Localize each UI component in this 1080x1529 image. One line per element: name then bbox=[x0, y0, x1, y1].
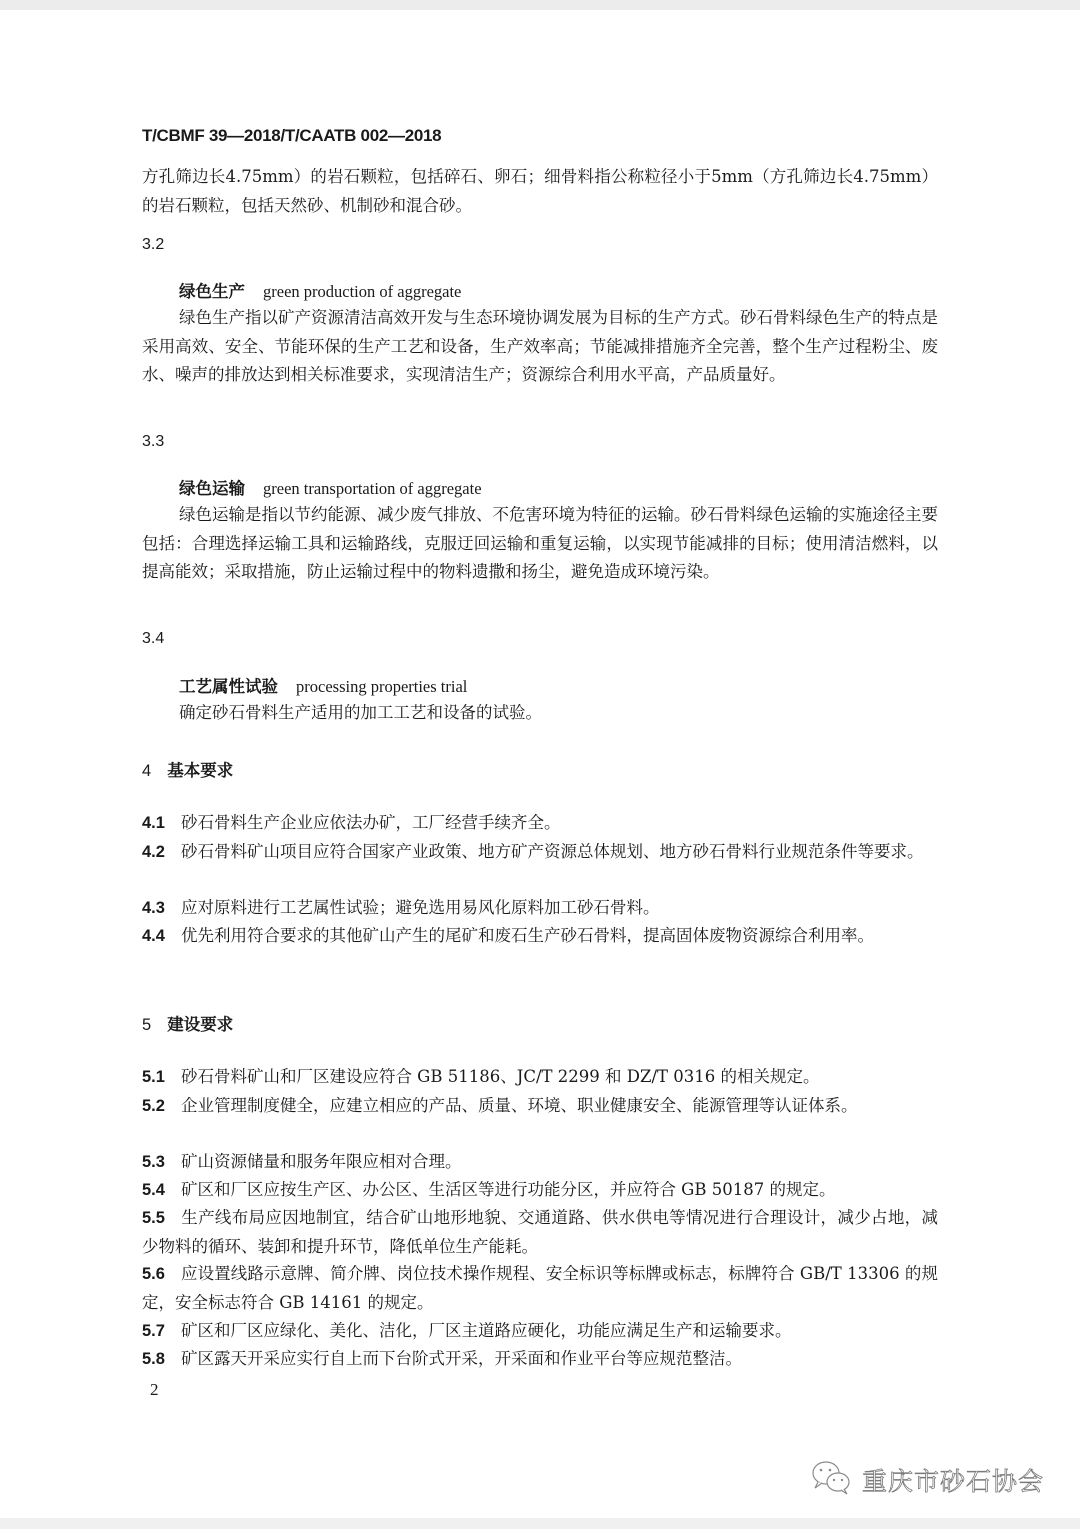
item-text: 矿区和厂区应按生产区、办公区、生活区等进行功能分区，并应符合 GB 50187 … bbox=[181, 1180, 836, 1199]
clause-item: 5.6应设置线路示意牌、简介牌、岗位技术操作规程、安全标识等标牌或标志，标牌符合… bbox=[142, 1260, 938, 1317]
item-text: 优先利用符合要求的其他矿山产生的尾矿和废石生产砂石骨料，提高固体废物资源综合利用… bbox=[181, 926, 874, 945]
clause-item: 5.5生产线布局应因地制宜，结合矿山地形地貌、交通道路、供水供电等情况进行合理设… bbox=[142, 1204, 938, 1261]
section-heading: 5建设要求 bbox=[142, 1011, 233, 1035]
clause-item: 4.4优先利用符合要求的其他矿山产生的尾矿和废石生产砂石骨料，提高固体废物资源综… bbox=[142, 922, 938, 951]
item-number: 4.3 bbox=[142, 899, 165, 917]
item-number: 5.1 bbox=[142, 1068, 165, 1086]
item-number: 4.2 bbox=[142, 843, 165, 861]
item-number: 5.7 bbox=[142, 1322, 165, 1340]
clause-item: 4.2砂石骨料矿山项目应符合国家产业政策、地方矿产资源总体规划、地方砂石骨料行业… bbox=[142, 838, 938, 867]
section-heading: 4基本要求 bbox=[142, 757, 233, 781]
term-zh: 工艺属性试验 bbox=[179, 677, 278, 696]
clause-item: 4.3应对原料进行工艺属性试验；避免选用易风化原料加工砂石骨料。 bbox=[142, 894, 938, 923]
clause-number: 3.4 bbox=[142, 630, 164, 648]
section-title: 建设要求 bbox=[167, 1015, 233, 1034]
clause-item: 5.7矿区和厂区应绿化、美化、洁化，厂区主道路应硬化，功能应满足生产和运输要求。 bbox=[142, 1317, 938, 1346]
top-border bbox=[0, 0, 1080, 10]
item-number: 5.2 bbox=[142, 1097, 165, 1115]
clause-item: 4.1砂石骨料生产企业应依法办矿，工厂经营手续齐全。 bbox=[142, 809, 938, 838]
term-zh: 绿色运输 bbox=[179, 479, 245, 498]
page-number: 2 bbox=[150, 1380, 159, 1400]
term-definition: 确定砂石骨料生产适用的加工工艺和设备的试验。 bbox=[142, 699, 938, 728]
clause-item: 5.3矿山资源储量和服务年限应相对合理。 bbox=[142, 1148, 938, 1177]
bottom-border bbox=[0, 1518, 1080, 1529]
term-definition: 绿色运输是指以节约能源、减少废气排放、不危害环境为特征的运输。砂石骨料绿色运输的… bbox=[142, 501, 938, 587]
continuation-paragraph: 方孔筛边长4.75mm）的岩石颗粒，包括碎石、卵石；细骨料指公称粒径小于5mm（… bbox=[142, 163, 938, 220]
item-number: 5.4 bbox=[142, 1181, 165, 1199]
item-text: 砂石骨料矿山和厂区建设应符合 GB 51186、JC/T 2299 和 DZ/T… bbox=[181, 1067, 820, 1086]
term-heading: 绿色生产green production of aggregate bbox=[179, 278, 461, 302]
term-heading: 绿色运输green transportation of aggregate bbox=[179, 475, 482, 499]
clause-item: 5.4矿区和厂区应按生产区、办公区、生活区等进行功能分区，并应符合 GB 501… bbox=[142, 1176, 938, 1205]
item-text: 矿区露天开采应实行自上而下台阶式开采，开采面和作业平台等应规范整洁。 bbox=[181, 1349, 742, 1368]
watermark: 重庆市砂石协会 bbox=[810, 1458, 1044, 1502]
section-title: 基本要求 bbox=[167, 761, 233, 780]
item-text: 砂石骨料矿山项目应符合国家产业政策、地方矿产资源总体规划、地方砂石骨料行业规范条… bbox=[181, 842, 924, 861]
term-zh: 绿色生产 bbox=[179, 282, 245, 301]
item-text: 企业管理制度健全，应建立相应的产品、质量、环境、职业健康安全、能源管理等认证体系… bbox=[181, 1096, 858, 1115]
item-text: 应对原料进行工艺属性试验；避免选用易风化原料加工砂石骨料。 bbox=[181, 898, 660, 917]
clause-number: 3.3 bbox=[142, 433, 164, 451]
item-number: 4.1 bbox=[142, 814, 165, 832]
item-text: 矿山资源储量和服务年限应相对合理。 bbox=[181, 1152, 462, 1171]
watermark-label: 重庆市砂石协会 bbox=[862, 1462, 1044, 1498]
clause-item: 5.1砂石骨料矿山和厂区建设应符合 GB 51186、JC/T 2299 和 D… bbox=[142, 1063, 938, 1092]
clause-item: 5.8矿区露天开采应实行自上而下台阶式开采，开采面和作业平台等应规范整洁。 bbox=[142, 1345, 938, 1374]
item-text: 生产线布局应因地制宜，结合矿山地形地貌、交通道路、供水供电等情况进行合理设计，减… bbox=[142, 1208, 938, 1256]
item-text: 矿区和厂区应绿化、美化、洁化，厂区主道路应硬化，功能应满足生产和运输要求。 bbox=[181, 1321, 792, 1340]
item-number: 5.3 bbox=[142, 1153, 165, 1171]
term-en: processing properties trial bbox=[296, 677, 467, 696]
item-text: 应设置线路示意牌、简介牌、岗位技术操作规程、安全标识等标牌或标志，标牌符合 GB… bbox=[142, 1264, 938, 1312]
item-number: 4.4 bbox=[142, 927, 165, 945]
wechat-icon bbox=[810, 1458, 854, 1502]
item-number: 5.8 bbox=[142, 1350, 165, 1368]
term-en: green transportation of aggregate bbox=[263, 479, 482, 498]
clause-number: 3.2 bbox=[142, 236, 164, 254]
item-number: 5.5 bbox=[142, 1209, 165, 1227]
term-definition: 绿色生产指以矿产资源清洁高效开发与生态环境协调发展为目标的生产方式。砂石骨料绿色… bbox=[142, 304, 938, 390]
item-text: 砂石骨料生产企业应依法办矿，工厂经营手续齐全。 bbox=[181, 813, 561, 832]
term-en: green production of aggregate bbox=[263, 282, 461, 301]
clause-item: 5.2企业管理制度健全，应建立相应的产品、质量、环境、职业健康安全、能源管理等认… bbox=[142, 1092, 938, 1121]
term-heading: 工艺属性试验processing properties trial bbox=[179, 673, 467, 697]
section-number: 4 bbox=[142, 762, 151, 780]
standard-code: T/CBMF 39—2018/T/CAATB 002—2018 bbox=[142, 126, 441, 146]
section-number: 5 bbox=[142, 1016, 151, 1034]
item-number: 5.6 bbox=[142, 1265, 165, 1283]
